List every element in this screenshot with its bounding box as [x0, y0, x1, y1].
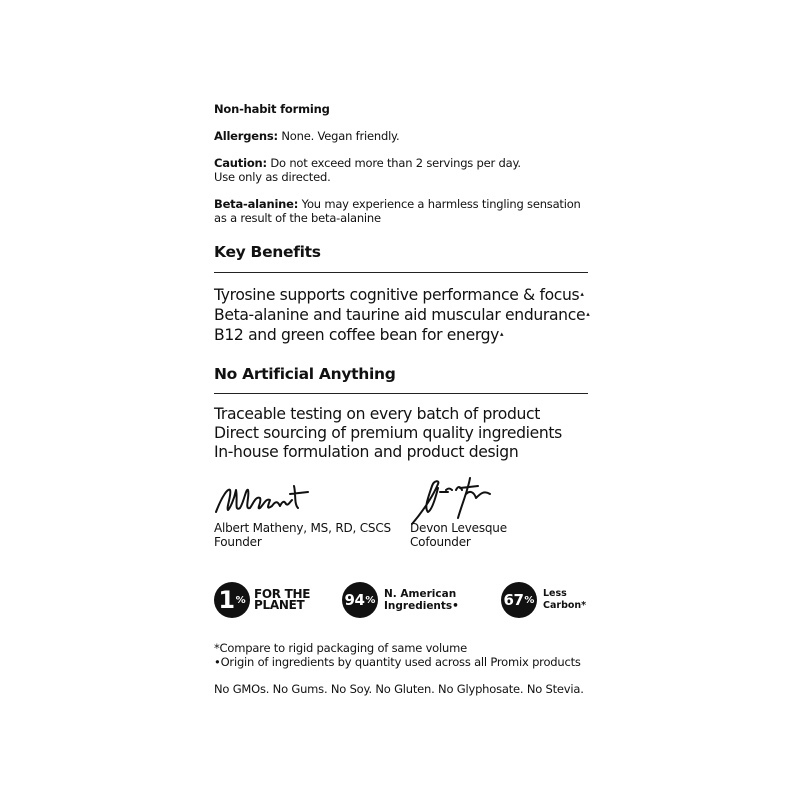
devon-signature-icon: [410, 476, 505, 526]
badge-text: Less Carbon*: [543, 588, 586, 612]
footnote-marker-icon: ▴: [580, 290, 583, 298]
less-carbon-badge: 67% Less Carbon*: [501, 582, 586, 618]
founder-name: Albert Matheny, MS, RD, CSCS: [214, 522, 391, 535]
north-american-ingredients-badge: 94% N. American Ingredients•: [342, 582, 459, 618]
badge-text: N. American Ingredients•: [384, 588, 459, 612]
albert-signature-icon: [212, 482, 317, 518]
footnote-marker-icon: ▴: [586, 310, 589, 318]
footnote-marker-icon: ▴: [500, 330, 503, 338]
footnote-packaging: *Compare to rigid packaging of same volu…: [214, 642, 467, 655]
beta-alanine-note: Beta-alanine: You may experience a harml…: [214, 198, 581, 211]
footnote-origin: •Origin of ingredients by quantity used …: [214, 656, 581, 669]
benefit-item: B12 and green coffee bean for energy▴: [214, 325, 503, 346]
free-from-list: No GMOs. No Gums. No Soy. No Gluten. No …: [214, 683, 584, 696]
percent-circle-icon: 94%: [342, 582, 378, 618]
founder-role: Founder: [214, 536, 262, 549]
non-habit-note: Non-habit forming: [214, 103, 330, 116]
caution-note-line2: Use only as directed.: [214, 171, 331, 184]
planet-text: FOR THE PLANET: [254, 589, 310, 612]
cofounder-name: Devon Levesque: [410, 522, 507, 535]
caution-note: Caution: Do not exceed more than 2 servi…: [214, 157, 521, 170]
benefit-item: Tyrosine supports cognitive performance …: [214, 285, 584, 306]
quality-item: In-house formulation and product design: [214, 443, 518, 463]
quality-item: Direct sourcing of premium quality ingre…: [214, 424, 562, 444]
percent-circle-icon: 67%: [501, 582, 537, 618]
divider: [214, 393, 588, 394]
quality-item: Traceable testing on every batch of prod…: [214, 405, 540, 425]
cofounder-role: Cofounder: [410, 536, 471, 549]
one-percent-circle-icon: 1%: [214, 582, 250, 618]
beta-alanine-note-line2: as a result of the beta-alanine: [214, 212, 381, 225]
key-benefits-heading: Key Benefits: [214, 243, 321, 261]
allergens-note: Allergens: None. Vegan friendly.: [214, 130, 399, 143]
one-percent-planet-badge: 1% FOR THE PLANET: [214, 582, 310, 618]
divider: [214, 272, 588, 273]
benefit-item: Beta-alanine and taurine aid muscular en…: [214, 305, 589, 326]
no-artificial-heading: No Artificial Anything: [214, 365, 396, 383]
